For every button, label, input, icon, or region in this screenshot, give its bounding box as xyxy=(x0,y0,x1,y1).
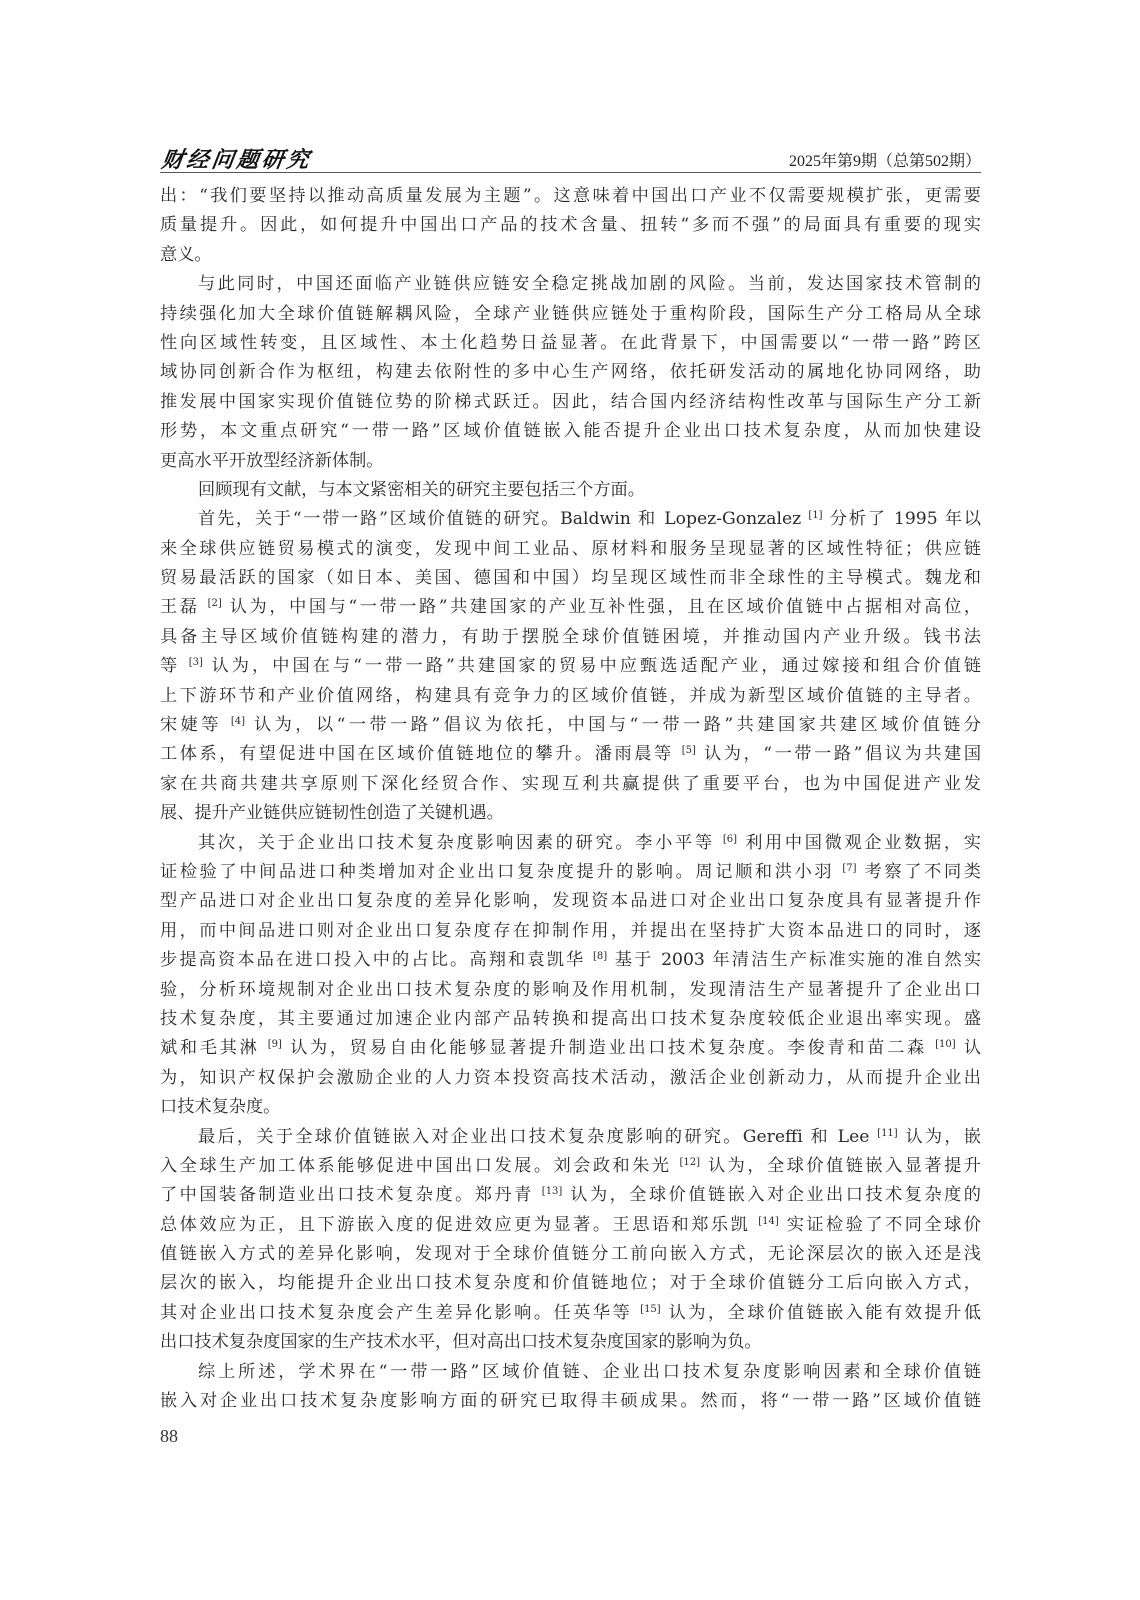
page-number: 88 xyxy=(160,1426,178,1447)
text-line: 值链嵌入方式的差异化影响，发现对于全球价值链分工前向嵌入方式，无论深层次的嵌入还… xyxy=(160,1240,981,1269)
paragraph: 综上所述，学术界在“一带一路”区域价值链、企业出口技术复杂度影响因素和全球价值链… xyxy=(160,1358,981,1417)
text-line: 最后，关于全球价值链嵌入对企业出口技术复杂度影响的研究。Gereffi 和 Le… xyxy=(160,1123,981,1152)
text-line: 性向区域性转变，且区域性、本土化趋势日益显著。在此背景下，中国需要以“一带一路”… xyxy=(160,329,981,358)
text-line: 验，分析环境规制对企业出口技术复杂度的影响及作用机制，发现清洁生产显著提升了企业… xyxy=(160,976,981,1005)
text-line: 质量提升。因此，如何提升中国出口产品的技术含量、扭转“多而不强”的局面具有重要的… xyxy=(160,211,981,240)
paragraph: 首先，关于“一带一路”区域价值链的研究。Baldwin 和 Lopez-Gonz… xyxy=(160,505,981,828)
text-line: 步提高资本品在进口投入中的占比。高翔和袁凯华 [8] 基于 2003 年清洁生产… xyxy=(160,946,981,975)
running-header: 财经问题研究 2025年第9期（总第502期） xyxy=(160,140,981,173)
article-body: 出：“我们要坚持以推动高质量发展为主题”。这意味着中国出口产业不仅需要规模扩张，… xyxy=(160,182,981,1416)
journal-page: 财经问题研究 2025年第9期（总第502期） 出：“我们要坚持以推动高质量发展… xyxy=(0,0,1140,1600)
text-line: 层次的嵌入，均能提升企业出口技术复杂度和价值链地位；对于全球价值链分工后向嵌入方… xyxy=(160,1269,981,1298)
paragraph: 回顾现有文献，与本文紧密相关的研究主要包括三个方面。 xyxy=(160,476,981,505)
text-line: 上下游环节和产业价值网络，构建具有竞争力的区域价值链，并成为新型区域价值链的主导… xyxy=(160,682,981,711)
text-line: 其次，关于企业出口技术复杂度影响因素的研究。李小平等 [6] 利用中国微观企业数… xyxy=(160,829,981,858)
citation-ref[interactable]: [11] xyxy=(877,1128,898,1139)
citation-ref[interactable]: [8] xyxy=(593,951,607,962)
paragraph: 其次，关于企业出口技术复杂度影响因素的研究。李小平等 [6] 利用中国微观企业数… xyxy=(160,829,981,1123)
text-line: 与此同时，中国还面临产业链供应链安全稳定挑战加剧的风险。当前，发达国家技术管制的 xyxy=(160,270,981,299)
text-line: 更高水平开放型经济新体制。 xyxy=(160,447,981,476)
text-line: 来全球供应链贸易模式的演变，发现中间工业品、原材料和服务呈现显著的区域性特征；供… xyxy=(160,535,981,564)
text-line: 其对企业出口技术复杂度会产生差异化影响。任英华等 [15] 认为，全球价值链嵌入… xyxy=(160,1299,981,1328)
text-line: 持续强化加大全球价值链解耦风险，全球产业链供应链处于重构阶段，国际生产分工格局从… xyxy=(160,300,981,329)
citation-ref[interactable]: [5] xyxy=(682,745,696,756)
text-line: 口技术复杂度。 xyxy=(160,1093,981,1122)
text-line: 展、提升产业链供应链韧性创造了关键机遇。 xyxy=(160,799,981,828)
text-line: 证检验了中间品进口种类增加对企业出口复杂度提升的影响。周记顺和洪小羽 [7] 考… xyxy=(160,858,981,887)
citation-ref[interactable]: [15] xyxy=(640,1304,661,1315)
text-line: 出口技术复杂度国家的生产技术水平，但对高出口技术复杂度国家的影响为负。 xyxy=(160,1328,981,1357)
text-line: 工体系，有望促进中国在区域价值链地位的攀升。潘雨晨等 [5] 认为，“一带一路”… xyxy=(160,740,981,769)
text-line: 家在共商共建共享原则下深化经贸合作、实现互利共赢提供了重要平台，也为中国促进产业… xyxy=(160,770,981,799)
text-line: 技术复杂度，其主要通过加速企业内部产品转换和提高出口技术复杂度较低企业退出率实现… xyxy=(160,1005,981,1034)
text-line: 推发展中国家实现价值链位势的阶梯式跃迁。因此，结合国内经济结构性改革与国际生产分… xyxy=(160,388,981,417)
citation-ref[interactable]: [6] xyxy=(723,834,737,845)
text-line: 贸易最活跃的国家（如日本、美国、德国和中国）均呈现区域性而非全球性的主导模式。魏… xyxy=(160,564,981,593)
text-line: 嵌入对企业出口技术复杂度影响方面的研究已取得丰硕成果。然而，将“一带一路”区域价… xyxy=(160,1387,981,1416)
text-line: 具备主导区域价值链构建的潜力，有助于摆脱全球价值链困境，并推动国内产业升级。钱书… xyxy=(160,623,981,652)
text-line: 入全球生产加工体系能够促进中国出口发展。刘会政和朱光 [12] 认为，全球价值链… xyxy=(160,1152,981,1181)
text-line: 为，知识产权保护会激励企业的人力资本投资高技术活动，激活企业创新动力，从而提升企… xyxy=(160,1064,981,1093)
citation-ref[interactable]: [4] xyxy=(231,716,245,727)
citation-ref[interactable]: [1] xyxy=(808,510,822,521)
text-line: 用，而中间品进口则对企业出口复杂度存在抑制作用，并提出在坚持扩大资本品进口的同时… xyxy=(160,917,981,946)
text-line: 意义。 xyxy=(160,241,981,270)
text-line: 宋婕等 [4] 认为，以“一带一路”倡议为依托，中国与“一带一路”共建国家共建区… xyxy=(160,711,981,740)
paragraph: 与此同时，中国还面临产业链供应链安全稳定挑战加剧的风险。当前，发达国家技术管制的… xyxy=(160,270,981,476)
journal-logo: 财经问题研究 xyxy=(160,143,314,174)
text-line: 总体效应为正，且下游嵌入度的促进效应更为显著。王思语和郑乐凯 [14] 实证检验… xyxy=(160,1211,981,1240)
citation-ref[interactable]: [14] xyxy=(758,1216,779,1227)
citation-ref[interactable]: [10] xyxy=(935,1039,956,1050)
text-line: 了中国装备制造业出口技术复杂度。郑丹青 [13] 认为，全球价值链嵌入对企业出口… xyxy=(160,1181,981,1210)
text-line: 形势，本文重点研究“一带一路”区域价值链嵌入能否提升企业出口技术复杂度，从而加快… xyxy=(160,417,981,446)
text-line: 综上所述，学术界在“一带一路”区域价值链、企业出口技术复杂度影响因素和全球价值链 xyxy=(160,1358,981,1387)
citation-ref[interactable]: [2] xyxy=(208,598,222,609)
text-line: 出：“我们要坚持以推动高质量发展为主题”。这意味着中国出口产业不仅需要规模扩张，… xyxy=(160,182,981,211)
text-line: 域协同创新合作为枢纽，构建去依附性的多中心生产网络，依托研发活动的属地化协同网络… xyxy=(160,358,981,387)
text-line: 回顾现有文献，与本文紧密相关的研究主要包括三个方面。 xyxy=(160,476,981,505)
citation-ref[interactable]: [3] xyxy=(189,657,203,668)
issue-info: 2025年第9期（总第502期） xyxy=(789,148,981,171)
paragraph: 最后，关于全球价值链嵌入对企业出口技术复杂度影响的研究。Gereffi 和 Le… xyxy=(160,1123,981,1358)
paragraph: 出：“我们要坚持以推动高质量发展为主题”。这意味着中国出口产业不仅需要规模扩张，… xyxy=(160,182,981,270)
text-line: 斌和毛其淋 [9] 认为，贸易自由化能够显著提升制造业出口技术复杂度。李俊青和苗… xyxy=(160,1034,981,1063)
text-line: 等 [3] 认为，中国在与“一带一路”共建国家的贸易中应甄选适配产业，通过嫁接和… xyxy=(160,652,981,681)
citation-ref[interactable]: [9] xyxy=(268,1039,282,1050)
text-line: 首先，关于“一带一路”区域价值链的研究。Baldwin 和 Lopez-Gonz… xyxy=(160,505,981,534)
citation-ref[interactable]: [12] xyxy=(680,1157,701,1168)
text-line: 王磊 [2] 认为，中国与“一带一路”共建国家的产业互补性强，且在区域价值链中占… xyxy=(160,593,981,622)
citation-ref[interactable]: [13] xyxy=(542,1186,563,1197)
text-line: 型产品进口对企业出口复杂度的差异化影响，发现资本品进口对企业出口复杂度具有显著提… xyxy=(160,887,981,916)
citation-ref[interactable]: [7] xyxy=(842,863,856,874)
